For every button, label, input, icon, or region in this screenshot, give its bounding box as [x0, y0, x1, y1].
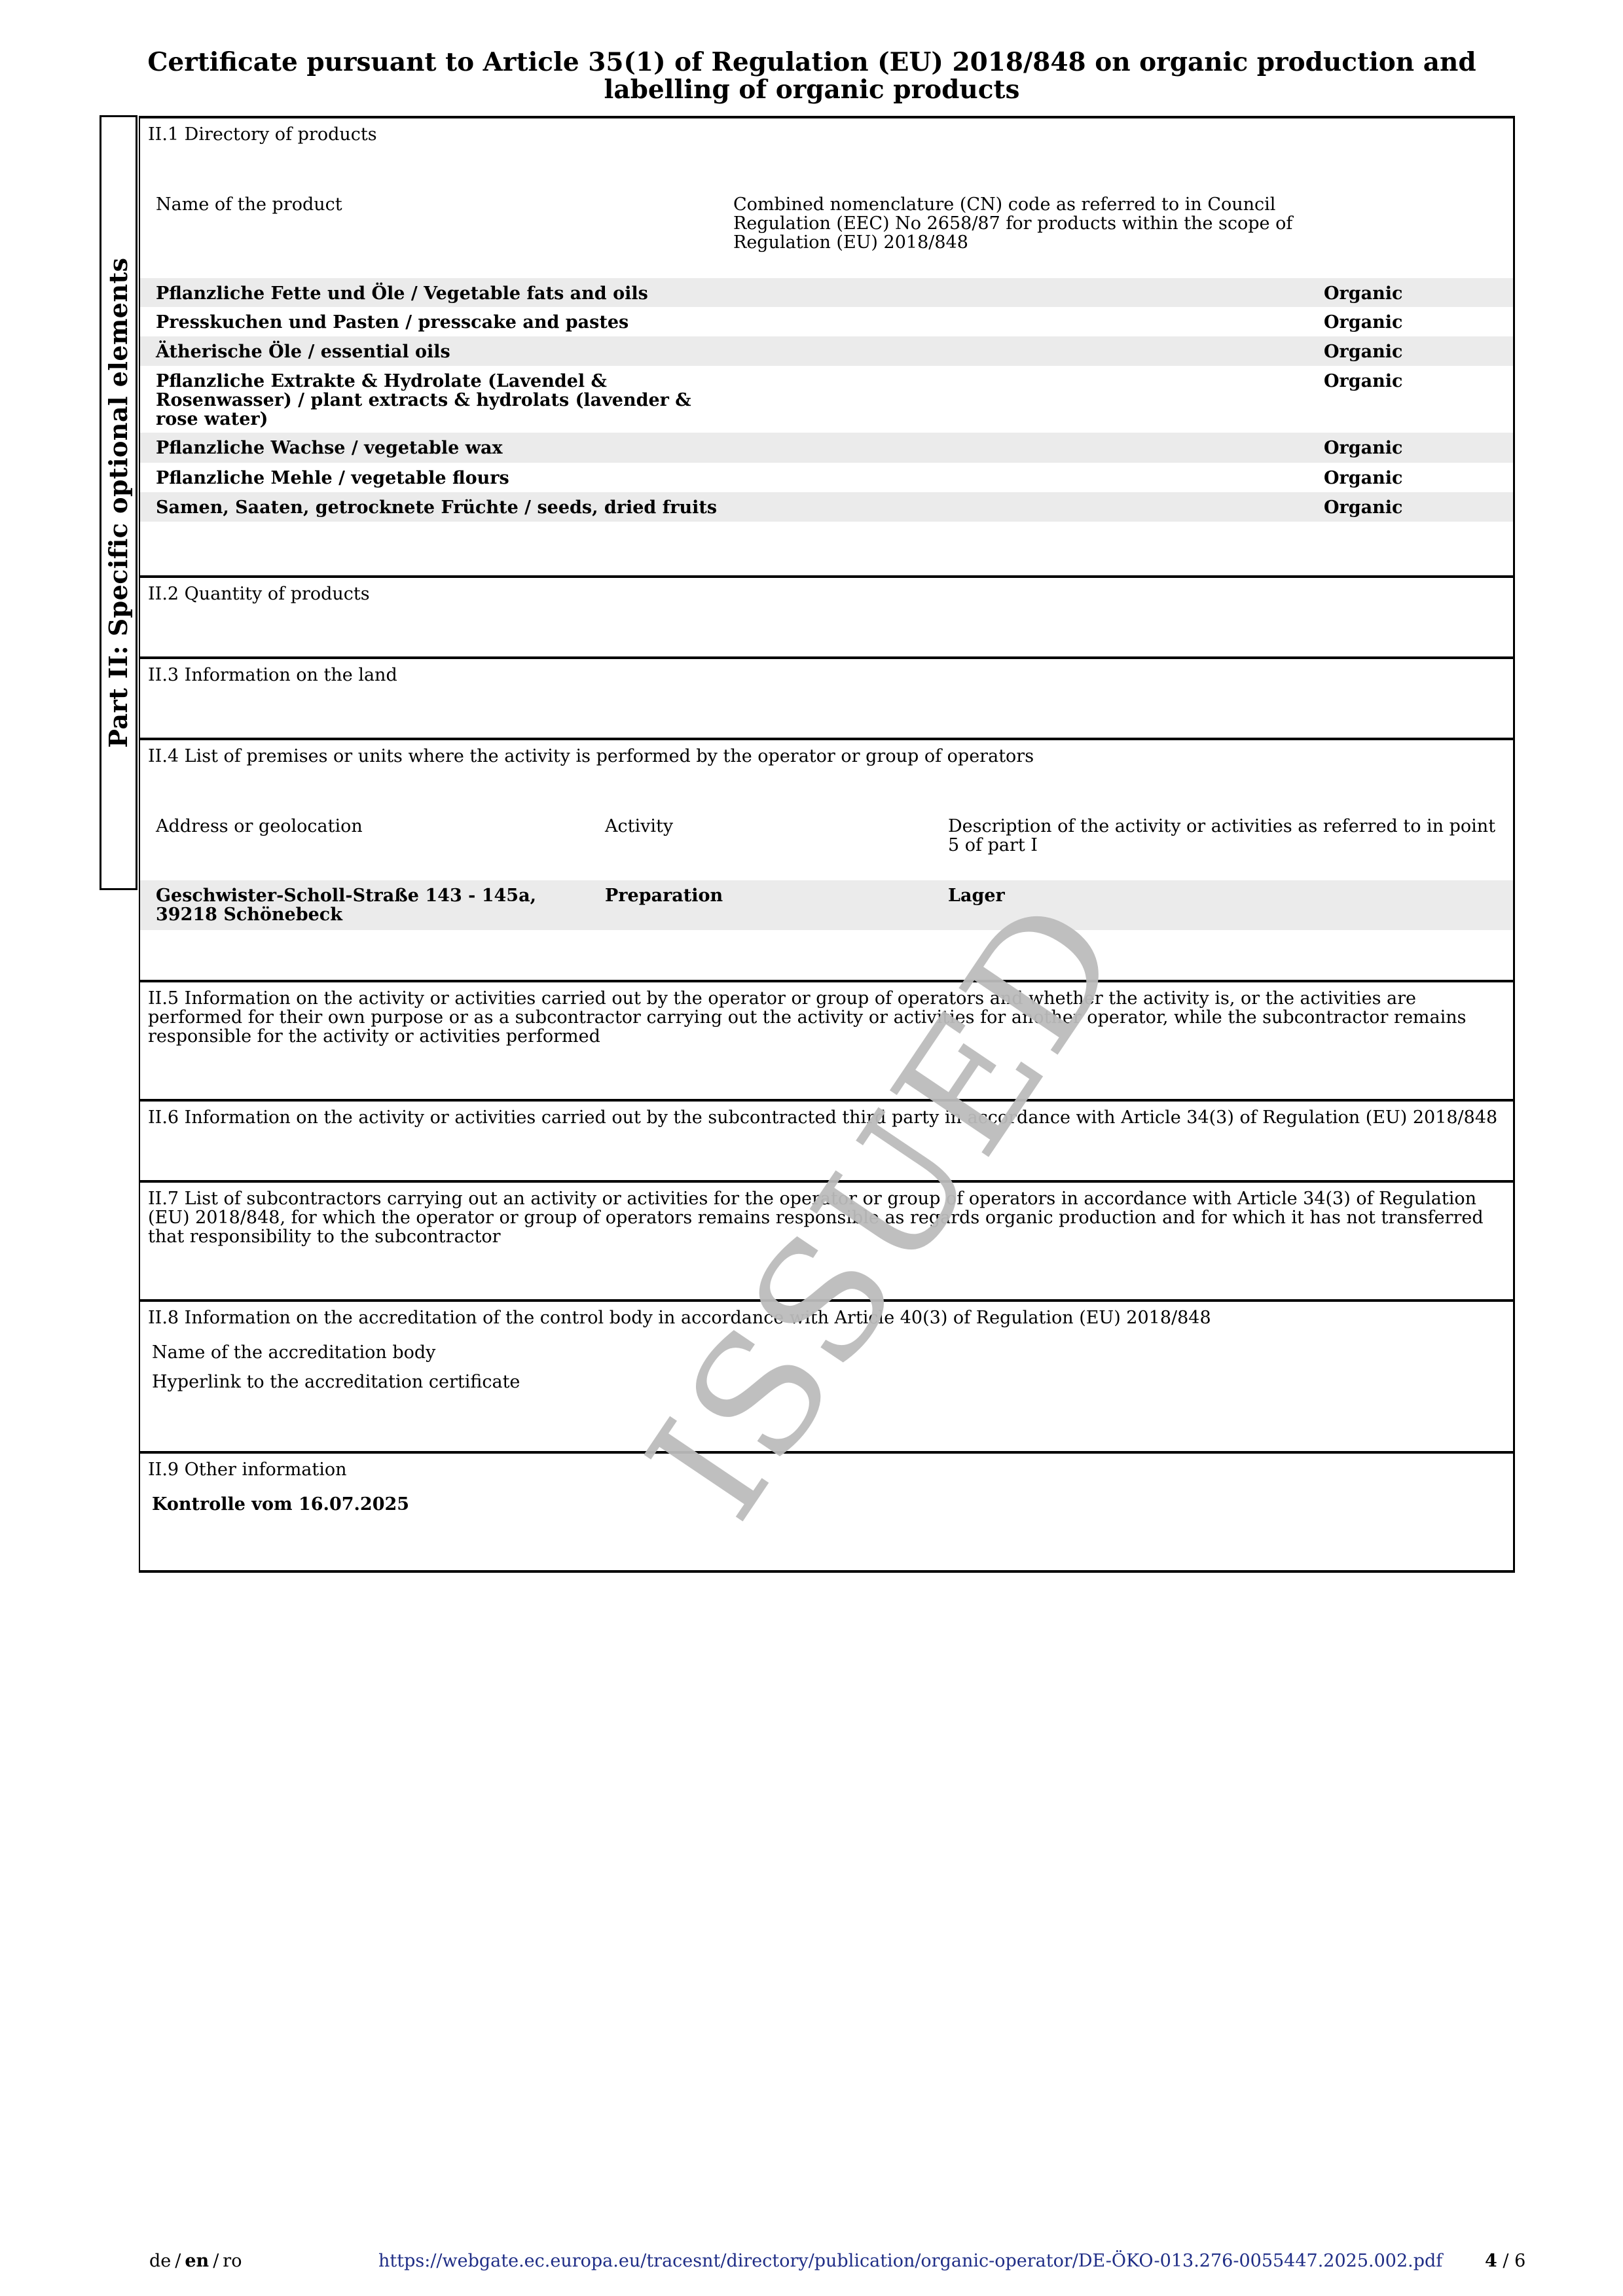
- product-name: Pflanzliche Fette und Öle / Vegetable fa…: [156, 284, 732, 303]
- product-status: Organic: [1324, 439, 1402, 457]
- product-row: Pflanzliche Mehle / vegetable flours Org…: [140, 463, 1513, 492]
- page-total: 6: [1514, 2251, 1525, 2271]
- product-name: Presskuchen und Pasten / presscake and p…: [156, 313, 732, 332]
- section-title: II.7 List of subcontractors carrying out…: [148, 1189, 1500, 1246]
- section-title: II.2 Quantity of products: [148, 584, 1500, 603]
- language-en-active[interactable]: en: [185, 2251, 209, 2271]
- product-row: Pflanzliche Extrakte & Hydrolate (Lavend…: [140, 366, 1513, 433]
- premises-description: Lager: [948, 886, 1005, 905]
- section-title: II.1 Directory of products: [148, 125, 1500, 144]
- product-row: Ätherische Öle / essential oils Organic: [140, 336, 1513, 366]
- product-status: Organic: [1324, 498, 1402, 517]
- section-premises: II.4 List of premises or units where the…: [140, 738, 1513, 980]
- product-status: Organic: [1324, 284, 1402, 303]
- page-current: 4: [1485, 2251, 1497, 2271]
- section-title: II.6 Information on the activity or acti…: [148, 1108, 1500, 1127]
- section-accreditation: II.8 Information on the accreditation of…: [140, 1299, 1513, 1451]
- premises-row: Geschwister-Scholl-Straße 143 - 145a, 39…: [140, 880, 1513, 930]
- section-information-on-land: II.3 Information on the land: [140, 656, 1513, 738]
- product-row: Presskuchen und Pasten / presscake and p…: [140, 307, 1513, 336]
- premises-address: Geschwister-Scholl-Straße 143 - 145a, 39…: [156, 886, 594, 924]
- column-header-product-name: Name of the product: [156, 195, 342, 214]
- section-title: II.5 Information on the activity or acti…: [148, 989, 1500, 1046]
- column-header-description: Description of the activity or activitie…: [948, 817, 1511, 855]
- section-quantity-of-products: II.2 Quantity of products: [140, 575, 1513, 656]
- section-other-information: II.9 Other information Kontrolle vom 16.…: [140, 1451, 1513, 1573]
- product-status: Organic: [1324, 342, 1402, 361]
- product-status: Organic: [1324, 313, 1402, 332]
- accreditation-link-label: Hyperlink to the accreditation certifica…: [152, 1372, 520, 1391]
- page-indicator: 4 / 6: [1485, 2251, 1525, 2271]
- other-information-value: Kontrolle vom 16.07.2025: [152, 1495, 409, 1514]
- section-subcontracted-third-party: II.6 Information on the activity or acti…: [140, 1099, 1513, 1180]
- section-title: II.8 Information on the accreditation of…: [148, 1308, 1500, 1327]
- section-title: II.3 Information on the land: [148, 666, 1500, 685]
- product-name: Ätherische Öle / essential oils: [156, 342, 732, 361]
- product-name: Samen, Saaten, getrocknete Früchte / see…: [156, 498, 876, 517]
- document-title: Certificate pursuant to Article 35(1) of…: [98, 48, 1525, 103]
- product-status: Organic: [1324, 372, 1402, 391]
- column-header-address: Address or geolocation: [156, 817, 363, 836]
- product-name: Pflanzliche Wachse / vegetable wax: [156, 439, 732, 457]
- product-status: Organic: [1324, 469, 1402, 488]
- part-label-box: Part II: Specific optional elements: [100, 115, 137, 890]
- column-header-activity: Activity: [605, 817, 673, 836]
- premises-activity: Preparation: [605, 886, 723, 905]
- language-switcher: de/en/ro: [149, 2251, 242, 2271]
- accreditation-body-label: Name of the accreditation body: [152, 1343, 435, 1362]
- section-subcontractors-list: II.7 List of subcontractors carrying out…: [140, 1180, 1513, 1299]
- product-row: Samen, Saaten, getrocknete Früchte / see…: [140, 492, 1513, 522]
- section-title: II.9 Other information: [148, 1460, 1500, 1479]
- product-row: Pflanzliche Wachse / vegetable wax Organ…: [140, 433, 1513, 463]
- part-label: Part II: Specific optional elements: [104, 257, 133, 747]
- section-title: II.4 List of premises or units where the…: [148, 747, 1500, 766]
- product-name: Pflanzliche Extrakte & Hydrolate (Lavend…: [156, 372, 732, 429]
- document-url-link[interactable]: https://webgate.ec.europa.eu/tracesnt/di…: [378, 2251, 1442, 2271]
- product-row: Pflanzliche Fette und Öle / Vegetable fa…: [140, 278, 1513, 307]
- section-directory-of-products: II.1 Directory of products Name of the p…: [140, 116, 1513, 575]
- column-header-cn-code: Combined nomenclature (CN) code as refer…: [733, 195, 1309, 252]
- certificate-frame: II.1 Directory of products Name of the p…: [139, 116, 1515, 1573]
- language-de[interactable]: de: [149, 2251, 171, 2271]
- section-operator-activity-info: II.5 Information on the activity or acti…: [140, 980, 1513, 1099]
- product-name: Pflanzliche Mehle / vegetable flours: [156, 469, 732, 488]
- language-ro[interactable]: ro: [223, 2251, 242, 2271]
